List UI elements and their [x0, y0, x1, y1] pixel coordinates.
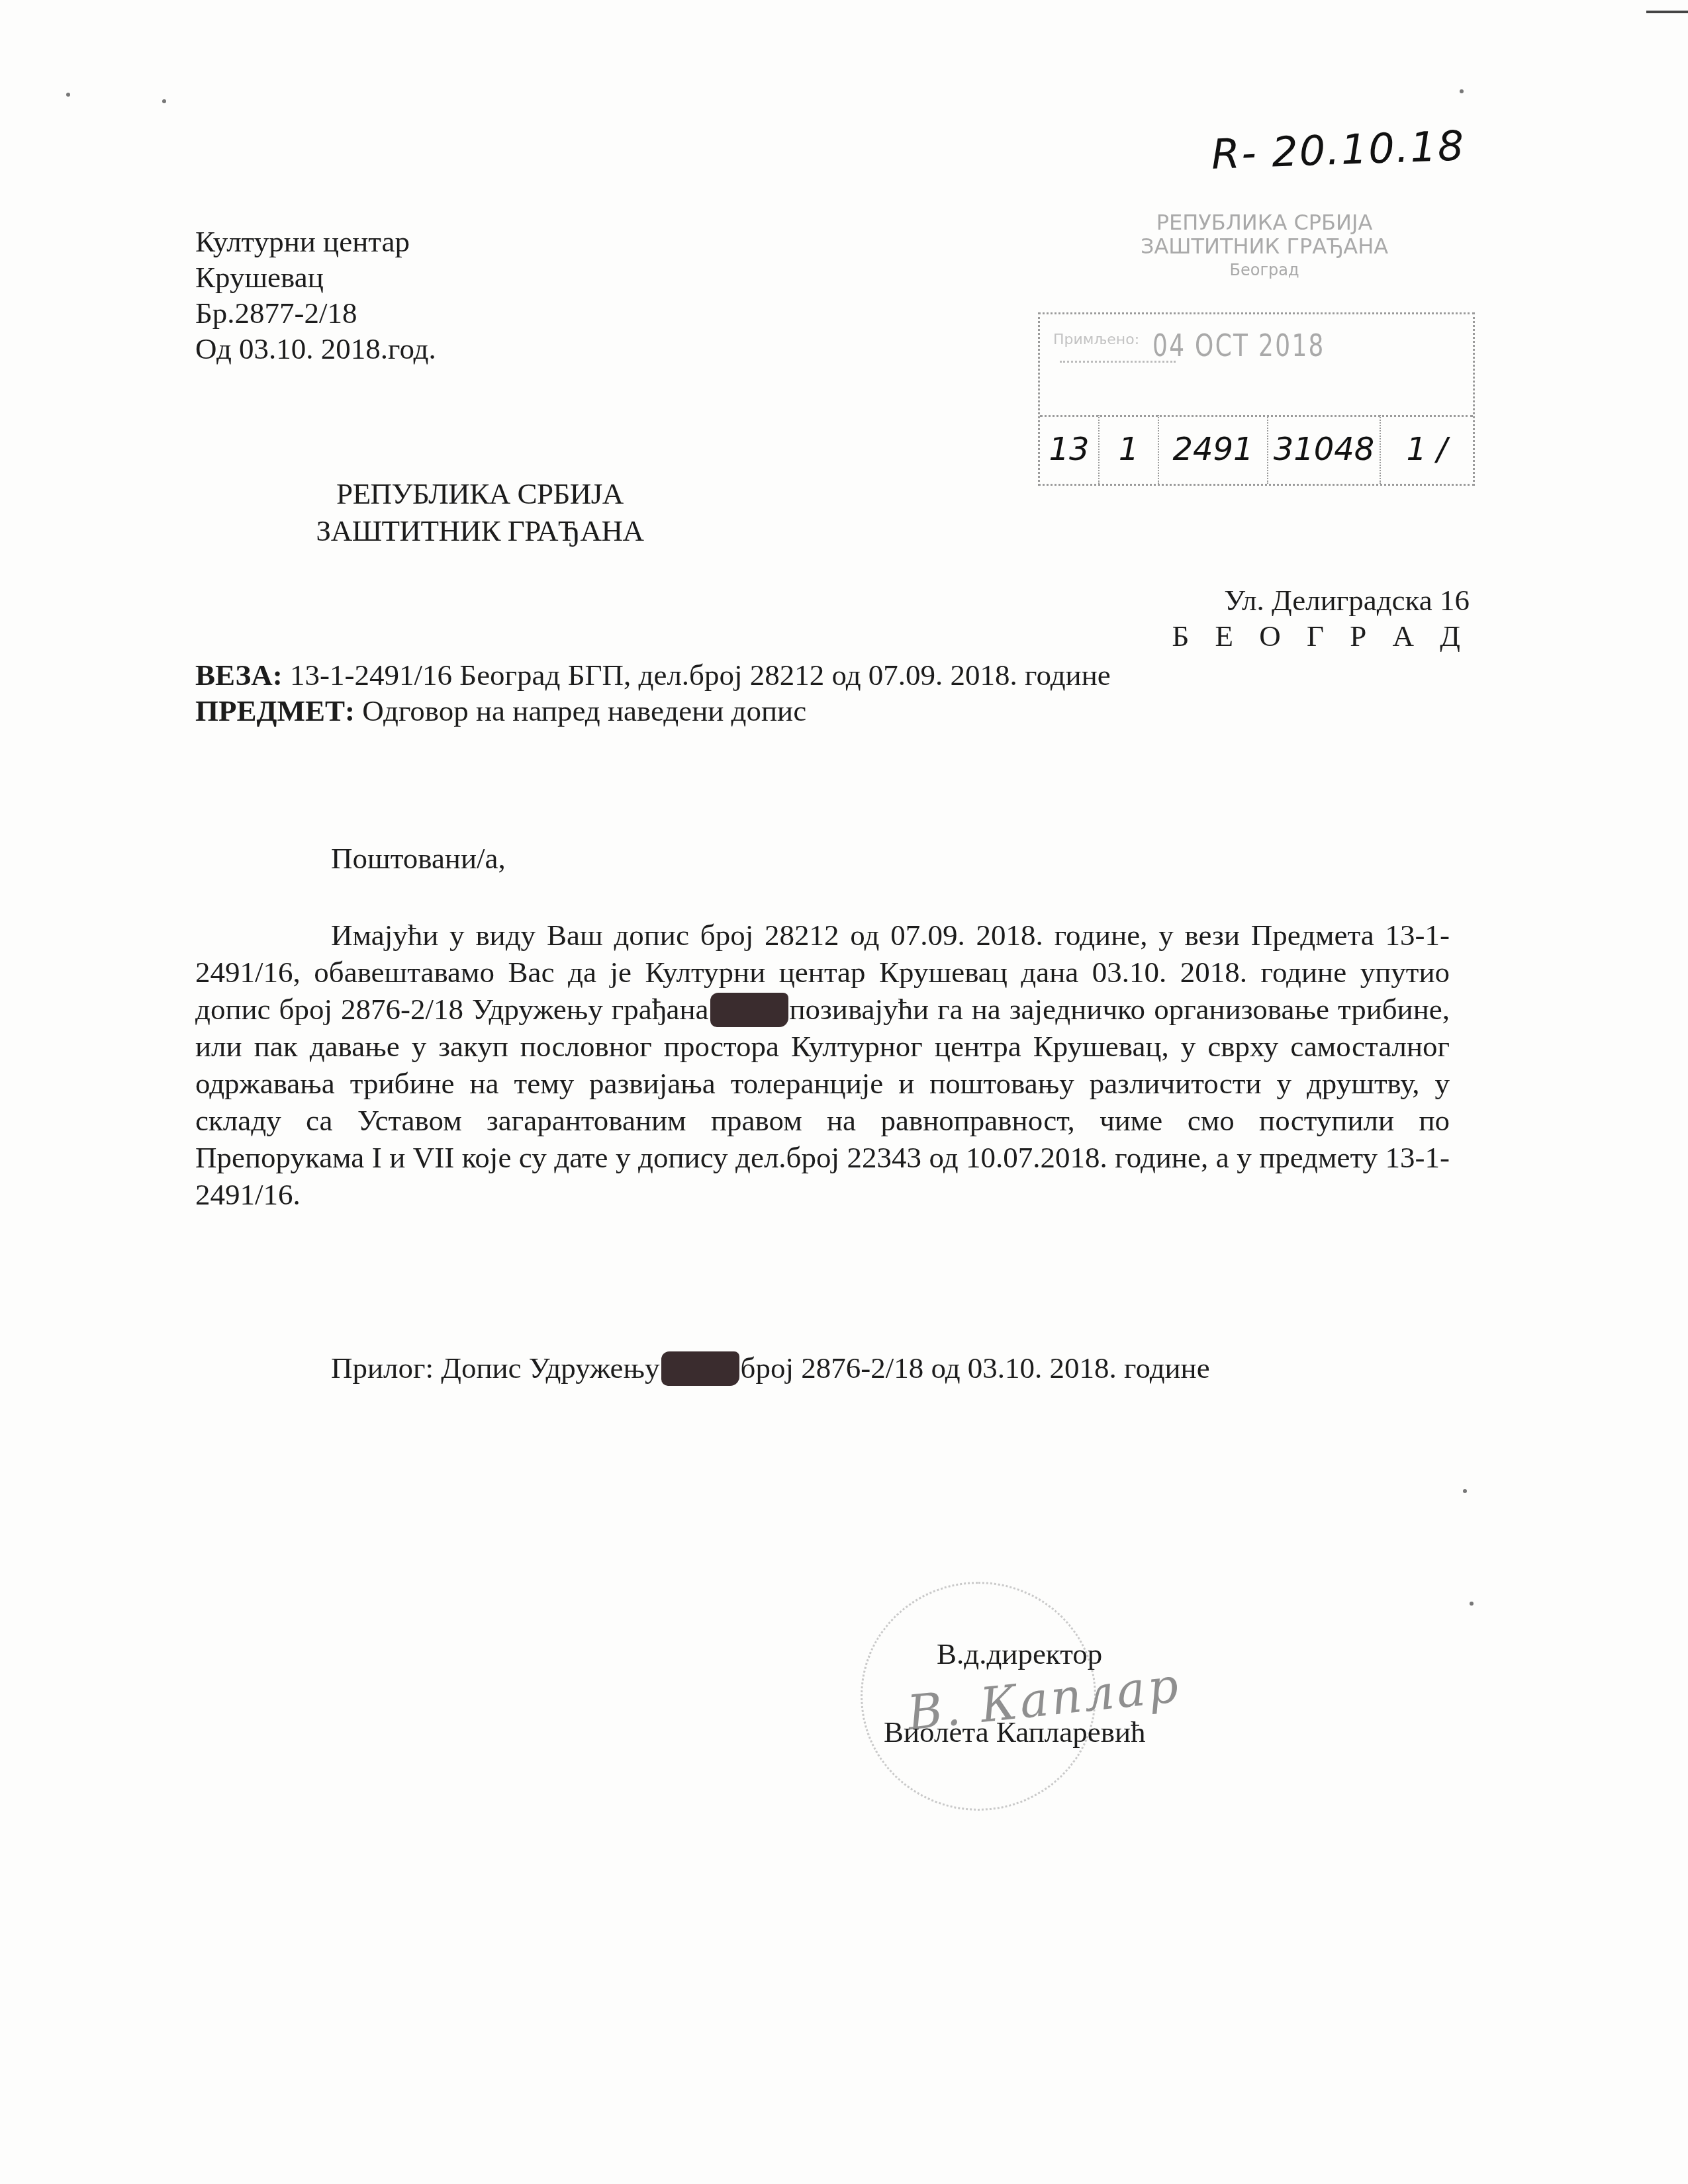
sender-city: Крушевац	[195, 259, 436, 295]
handwritten-note: R- 20.10.18	[1211, 121, 1466, 178]
stamp-received-date: 04 OCT 2018	[1152, 328, 1359, 363]
subject-line: ПРЕДМЕТ: Одговор на напред наведени допи…	[195, 693, 806, 729]
signer-title: В.д.директор	[937, 1636, 1102, 1672]
address-city: Б Е О Г Р А Д	[1172, 618, 1470, 654]
subject-text: Одговор на напред наведени допис	[355, 694, 806, 727]
stamp-cell-unit: 1	[1100, 415, 1159, 484]
reference-line: ВЕЗА: 13-1-2491/16 Београд БГП, дел.број…	[195, 657, 1111, 693]
recipient-line2: ЗАШТИТНИК ГРАЂАНА	[0, 512, 960, 549]
redaction-mark	[661, 1351, 739, 1386]
stamp-cell-filing: 31048	[1268, 415, 1381, 484]
sender-date: Од 03.10. 2018.год.	[195, 331, 436, 367]
registry-stamp-header: РЕПУБЛИКА СРБИЈА ЗАШТИТНИК ГРАЂАНА Беогр…	[1092, 210, 1436, 282]
reference-label: ВЕЗА:	[195, 659, 283, 692]
scan-speck	[1463, 1489, 1467, 1493]
stamp-cell-case: 2491	[1159, 415, 1268, 484]
sender-reference-number: Бр.2877-2/18	[195, 295, 436, 331]
scan-speck	[1470, 1602, 1474, 1606]
stamp-cell-attachments: 1 /	[1381, 415, 1473, 484]
recipient-line1: РЕПУБЛИКА СРБИЈА	[0, 475, 960, 512]
attachment-text-part1: Прилог: Допис Удружењу	[331, 1351, 660, 1385]
stamp-cell-org: 13	[1040, 415, 1100, 484]
scan-speck	[162, 99, 166, 103]
body-paragraph: Имајући у виду Ваш допис број 28212 од 0…	[195, 917, 1450, 1213]
attachment-text-part2: број 2876-2/18 од 03.10. 2018. године	[741, 1351, 1210, 1385]
scan-speck	[1460, 89, 1464, 93]
reference-text: 13-1-2491/16 Београд БГП, дел.број 28212…	[283, 659, 1111, 692]
attachment-line: Прилог: Допис Удружењуброј 2876-2/18 од …	[331, 1350, 1210, 1386]
recipient-heading: РЕПУБЛИКА СРБИЈА ЗАШТИТНИК ГРАЂАНА	[0, 475, 960, 549]
scan-edge-mark	[1646, 11, 1688, 13]
stamp-header-line3: Београд	[1092, 258, 1436, 282]
redaction-mark	[710, 993, 788, 1027]
scan-speck	[66, 93, 70, 97]
signer-name: Виолета Капларевић	[884, 1714, 1146, 1750]
stamp-header-line2: ЗАШТИТНИК ГРАЂАНА	[1092, 234, 1436, 258]
salutation: Поштовани/а,	[331, 841, 506, 876]
sender-block: Културни центар Крушевац Бр.2877-2/18 Од…	[195, 224, 436, 367]
address-street: Ул. Делиградска 16	[1172, 582, 1470, 618]
stamp-header-line1: РЕПУБЛИКА СРБИЈА	[1092, 210, 1436, 234]
stamp-number-cells: 13 1 2491 31048 1 /	[1040, 415, 1473, 484]
sender-organization: Културни центар	[195, 224, 436, 259]
recipient-address: Ул. Делиградска 16 Б Е О Г Р А Д	[1172, 582, 1470, 654]
subject-label: ПРЕДМЕТ:	[195, 694, 355, 727]
stamp-received-label: Примљено:	[1053, 332, 1139, 348]
registry-stamp: Примљено: 04 OCT 2018 13 1 2491 31048 1 …	[1038, 312, 1475, 486]
